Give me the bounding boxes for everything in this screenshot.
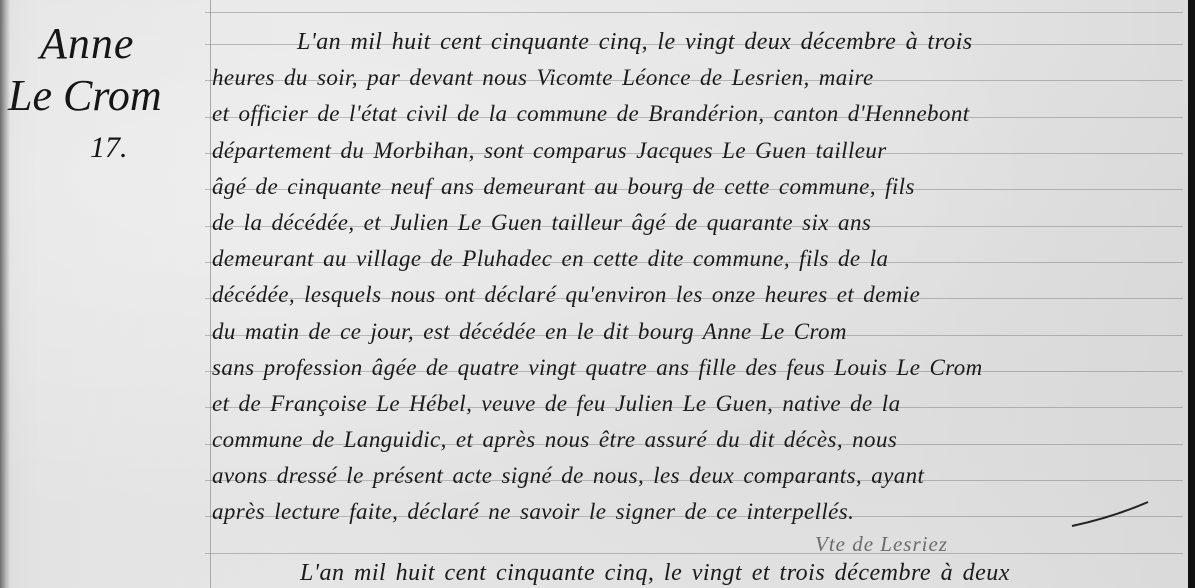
margin-first-name: Anne xyxy=(40,18,205,70)
record-line: de la décédée, et Julien Le Guen tailleu… xyxy=(212,205,1187,241)
record-line: du matin de ce jour, est décédée en le d… xyxy=(212,314,1187,350)
record-line: département du Morbihan, sont comparus J… xyxy=(212,133,1187,169)
next-entry-partial: L'an mil huit cent cinquante cinq, le vi… xyxy=(300,560,1010,587)
record-line: âgé de cinquante neuf ans demeurant au b… xyxy=(212,169,1187,205)
record-body: L'an mil huit cent cinquante cinq, le vi… xyxy=(212,24,1187,531)
record-line: demeurant au village de Pluhadec en cett… xyxy=(212,241,1187,277)
ruled-line xyxy=(205,12,1183,13)
record-line: commune de Languidic, et après nous être… xyxy=(212,422,1187,458)
record-line: et de Françoise Le Hébel, veuve de feu J… xyxy=(212,386,1187,422)
margin-rule xyxy=(210,0,211,588)
register-page: Anne Le Crom 17. L'an mil huit cent cinq… xyxy=(0,0,1195,588)
closing-flourish-icon xyxy=(1070,500,1150,530)
record-line: après lecture faite, déclaré ne savoir l… xyxy=(212,494,1187,530)
margin-annotation: Anne Le Crom 17. xyxy=(10,18,205,168)
margin-last-name: Le Crom xyxy=(8,70,205,122)
record-line: et officier de l'état civil de la commun… xyxy=(212,96,1187,132)
mayor-signature: Vte de Lesriez xyxy=(815,532,948,557)
act-number: 17. xyxy=(90,128,205,168)
record-line: avons dressé le présent acte signé de no… xyxy=(212,458,1187,494)
record-line: heures du soir, par devant nous Vicomte … xyxy=(212,60,1187,96)
page-edge xyxy=(1188,0,1195,588)
record-line: sans profession âgée de quatre vingt qua… xyxy=(212,350,1187,386)
ruled-line xyxy=(205,553,1183,554)
record-line: L'an mil huit cent cinquante cinq, le vi… xyxy=(212,24,1187,60)
record-line: décédée, lesquels nous ont déclaré qu'en… xyxy=(212,277,1187,313)
